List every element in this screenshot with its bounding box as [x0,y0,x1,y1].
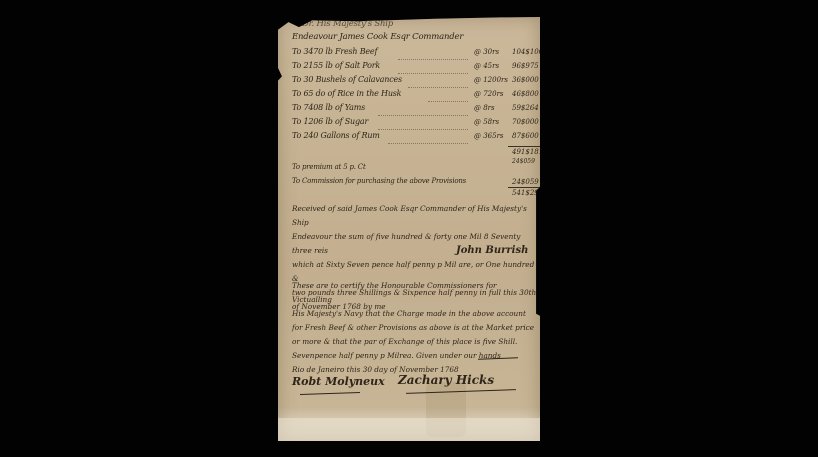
subtotal-amount: 491$181 [512,148,543,156]
item-rate: @ 45rs [474,62,499,70]
historical-document: Dr. His Majesty's Ship Endeavour James C… [278,17,540,441]
item-row: To 65 do of Rice in the Husk [292,89,401,98]
item-rate: @ 58rs [474,118,499,126]
item-rate: @ 8rs [474,104,495,112]
certification-line: or more & that the par of Exchange of th… [292,335,538,349]
item-amount: 96$975 [512,62,539,70]
item-amount: 87$600 [512,132,539,140]
signature-left: Robt Molyneux [292,375,385,388]
document-heading-line2: Endeavour James Cook Esqr Commander [292,32,463,42]
dotted-leader [388,143,468,144]
signature-right: Zachary Hicks [398,373,494,387]
signature-flourish [300,392,360,395]
item-row: To 30 Bushels of Calavances [292,75,402,84]
certification-paragraph: These are to certify the Honourable Comm… [292,279,538,377]
dotted-leader [408,87,468,88]
item-row: To 240 Gallons of Rum [292,131,380,140]
premium-line: To premium at 5 p. Ct [292,163,366,171]
document-heading-line1: Dr. His Majesty's Ship [302,19,393,29]
dotted-leader [428,101,468,102]
item-row: To 3470 lb Fresh Beef [292,47,377,56]
certification-line: These are to certify the Honourable Comm… [292,279,538,307]
certification-line: His Majesty's Navy that the Charge made … [292,307,538,321]
commission-amount: 24$059 [512,178,539,186]
total-rule [508,187,540,188]
item-rate: @ 720rs [474,90,504,98]
receipt-line: Received of said James Cook Esqr Command… [292,202,538,230]
receipt-signature: John Burrish [456,245,528,256]
commission-line: To Commission for purchasing the above P… [292,177,466,185]
dotted-leader [398,73,468,74]
item-amount: 36$000 [512,76,539,84]
item-amount: 59$264 [512,104,539,112]
item-amount: 46$800 [512,90,539,98]
dotted-leader [398,59,468,60]
item-amount: 70$000 [512,118,539,126]
item-rate: @ 30rs [474,48,499,56]
certification-line: for Fresh Beef & other Provisions as abo… [292,321,538,335]
item-row: To 7408 lb of Yams [292,103,365,112]
subtotal-amount: 24$059 [512,158,535,165]
dotted-leader [378,129,468,130]
item-rate: @ 1200rs [474,76,508,84]
total-amount: 541$299 [512,189,543,197]
certification-line: Sevenpence half penny p Milrea. Given un… [292,349,538,363]
item-amount: 104$100 [512,48,543,56]
subtotal-rule [508,146,540,147]
item-row: To 2155 lb of Salt Pork [292,61,380,70]
item-row: To 1206 lb of Sugar [292,117,368,126]
dotted-leader [378,115,468,116]
item-rate: @ 365rs [474,132,504,140]
